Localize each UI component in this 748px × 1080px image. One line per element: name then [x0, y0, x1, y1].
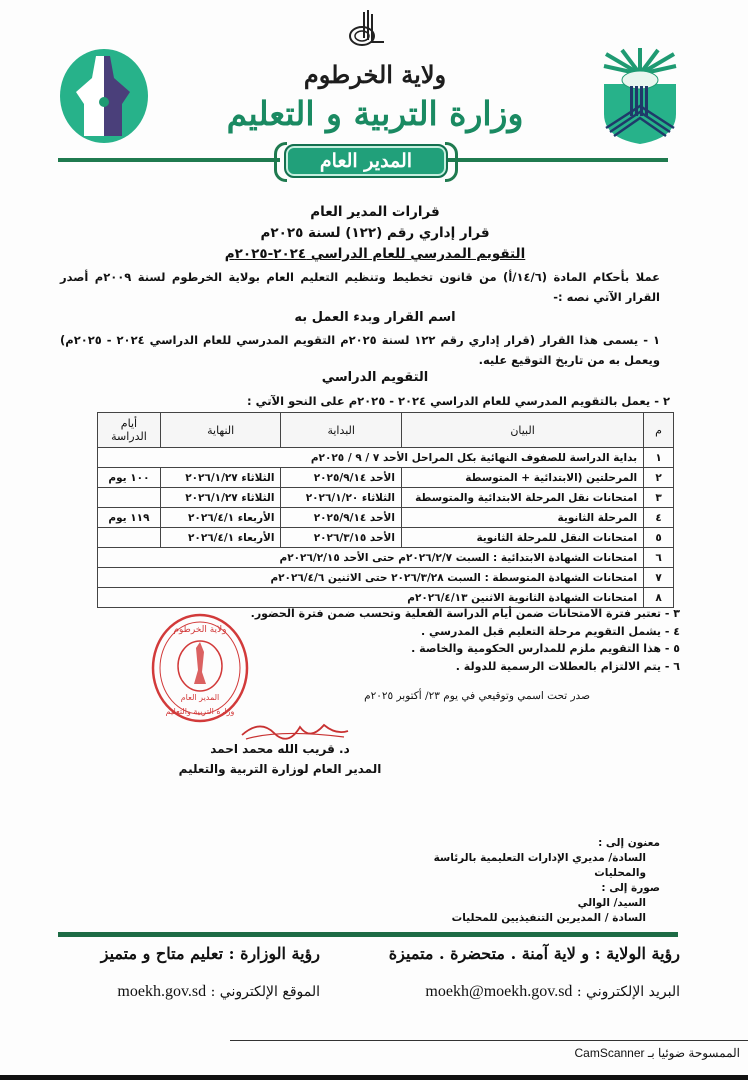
note-item: ٤ - يشمل التقويم مرحلة التعليم قبل المدر… — [320, 623, 680, 641]
note-item: ٥ - هذا التقويم ملزم للمدارس الحكومية وا… — [320, 640, 680, 658]
row-start: الأحد ٢٠٢٥/٩/١٤ — [281, 468, 402, 488]
row-end: الأربعاء ٢٠٢٦/٤/١ — [160, 508, 281, 528]
row-start: الأحد ٢٠٢٥/٩/١٤ — [281, 508, 402, 528]
section-heading-calendar: التقويم الدراسي — [200, 370, 550, 385]
school-calendar-table: م البيان البداية النهاية أيام الدراسة ١ … — [97, 412, 674, 608]
table-header-row: م البيان البداية النهاية أيام الدراسة — [98, 413, 674, 448]
scan-bottom-edge — [0, 1075, 748, 1080]
stamp-outer-text: ولاية الخرطوم — [173, 625, 226, 635]
row-description: المرحلة الثانوية — [401, 508, 643, 528]
col-header-description: البيان — [401, 413, 643, 448]
table-row: ٢ المرحلتين (الابتدائية + المتوسطة الأحد… — [98, 468, 674, 488]
section-heading-name: اسم القرار وبدء العمل به — [200, 310, 550, 325]
col-header-start: البداية — [281, 413, 402, 448]
intro-paragraph: عملا بأحكام المادة (١٤/٦/أ) من قانون تخط… — [60, 267, 660, 307]
document-page: ولاية الخرطوم وزارة التربية و التعليم ال… — [0, 0, 748, 1080]
table-row: ١ بداية الدراسة للصفوف النهائية بكل المر… — [98, 448, 674, 468]
col-header-days: أيام الدراسة — [98, 413, 161, 448]
state-shield-logo-icon — [602, 48, 678, 144]
header-rule-right — [448, 158, 668, 162]
row-days — [98, 528, 161, 548]
row-description: امتحانات نقل المرحلة الابتدائية والمتوسط… — [401, 488, 643, 508]
row-end: الثلاثاء ٢٠٢٦/١/٢٧ — [160, 488, 281, 508]
table-row: ٧ امتحانات الشهادة المتوسطة : السبت ٢٠٢٦… — [98, 568, 674, 588]
row-merged-text: بداية الدراسة للصفوف النهائية بكل المراح… — [98, 448, 644, 468]
row-start: الأحد ٢٠٢٦/٣/١٥ — [281, 528, 402, 548]
row-description: امتحانات النقل للمرحلة الثانوية — [401, 528, 643, 548]
state-name: ولاية الخرطوم — [200, 60, 550, 89]
row-num: ٧ — [644, 568, 674, 588]
row-end: الأربعاء ٢٠٢٦/٤/١ — [160, 528, 281, 548]
addressed-to-label: معنون إلى : — [380, 836, 660, 851]
col-header-num: م — [644, 413, 674, 448]
signatory-title: المدير العام لوزارة التربية والتعليم — [150, 762, 410, 776]
row-num: ٤ — [644, 508, 674, 528]
row-merged-text: امتحانات الشهادة المتوسطة : السبت ٢٠٢٦/٣… — [98, 568, 644, 588]
stamp-bottom-text: وزارة التربية والتعليم — [166, 707, 235, 716]
director-general-badge: المدير العام — [284, 144, 448, 178]
ministry-name: وزارة التربية و التعليم — [180, 94, 570, 133]
email-contact: البريد الإلكتروني : moekh@moekh.gov.sd — [350, 983, 680, 1001]
row-num: ٦ — [644, 548, 674, 568]
copy-to-item: السادة / المديرين التنفيذيين للمحليات — [380, 911, 660, 926]
table-row: ٥ امتحانات النقل للمرحلة الثانوية الأحد … — [98, 528, 674, 548]
website-link[interactable]: moekh.gov.sd — [117, 983, 206, 1000]
row-days: ١٠٠ يوم — [98, 468, 161, 488]
table-row: ٦ امتحانات الشهادة الابتدائية : السبت ٢٠… — [98, 548, 674, 568]
calendar-title: التقويم المدرسي للعام الدراسي ٢٠٢٤-٢٠٢٥م — [200, 246, 550, 262]
decision-number: قرار إداري رقم (١٢٢) لسنة ٢٠٢٥م — [200, 225, 550, 241]
email-label: البريد الإلكتروني : — [577, 984, 680, 1000]
email-link[interactable]: moekh@moekh.gov.sd — [425, 983, 572, 1000]
col-header-end: النهاية — [160, 413, 281, 448]
signatory-name: د. قريب الله محمد احمد — [150, 742, 410, 756]
footer-rule — [58, 932, 678, 937]
camscanner-watermark: الممسوحة ضوئيا بـ CamScanner — [530, 1046, 740, 1060]
row-num: ٥ — [644, 528, 674, 548]
ministry-vision: رؤية الوزارة : تعليم متاح و متميز — [50, 944, 320, 963]
scan-edge-line — [230, 1040, 748, 1041]
state-vision: رؤية الولاية : و لاية آمنة . متحضرة . مت… — [350, 944, 680, 963]
pen-nib-logo-icon — [56, 48, 152, 144]
note-item: ٦ - يتم الالتزام بالعطلات الرسمية للدولة… — [320, 658, 680, 676]
row-days — [98, 488, 161, 508]
official-stamp-icon: ولاية الخرطوم المدير العام وزارة التربية… — [150, 612, 250, 724]
row-days: ١١٩ يوم — [98, 508, 161, 528]
row-merged-text: امتحانات الشهادة الابتدائية : السبت ٢٠٢٦… — [98, 548, 644, 568]
website-label: الموقع الإلكتروني : — [211, 984, 320, 1000]
row-description: المرحلتين (الابتدائية + المتوسطة — [401, 468, 643, 488]
row-num: ١ — [644, 448, 674, 468]
row-num: ٢ — [644, 468, 674, 488]
row-start: الثلاثاء ٢٠٢٦/١/٢٠ — [281, 488, 402, 508]
table-row: ٤ المرحلة الثانوية الأحد ٢٠٢٥/٩/١٤ الأرب… — [98, 508, 674, 528]
stamp-inner-text: المدير العام — [181, 693, 220, 702]
header-rule-left — [58, 158, 280, 162]
tughra-emblem-icon — [344, 8, 388, 48]
row-num: ٣ — [644, 488, 674, 508]
signature-scribble-icon — [240, 715, 350, 745]
clause-1: ١ - يسمى هذا القرار (قرار إداري رقم ١٢٢ … — [60, 330, 660, 370]
table-row: ٣ امتحانات نقل المرحلة الابتدائية والمتو… — [98, 488, 674, 508]
row-end: الثلاثاء ٢٠٢٦/١/٢٧ — [160, 468, 281, 488]
addressed-to-item: السادة/ مديري الإدارات التعليمية بالرئاس… — [380, 851, 660, 881]
clause-2: ٢ - يعمل بالتقويم المدرسي للعام الدراسي … — [160, 391, 670, 411]
issued-line: صدر تحت اسمي وتوقيعي في يوم ٢٣/ أكتوبر ٢… — [360, 690, 590, 702]
decisions-title: قرارات المدير العام — [200, 204, 550, 220]
copy-to-item: السيد/ الوالي — [380, 896, 660, 911]
note-item: ٣ - تعتبر فترة الامتحانات ضمن أيام الدرا… — [320, 605, 680, 623]
website-contact: الموقع الإلكتروني : moekh.gov.sd — [50, 983, 320, 1001]
distribution-block: معنون إلى : السادة/ مديري الإدارات التعل… — [380, 836, 660, 926]
copy-to-label: صورة إلى : — [380, 881, 660, 896]
notes-list: ٣ - تعتبر فترة الامتحانات ضمن أيام الدرا… — [320, 605, 680, 675]
